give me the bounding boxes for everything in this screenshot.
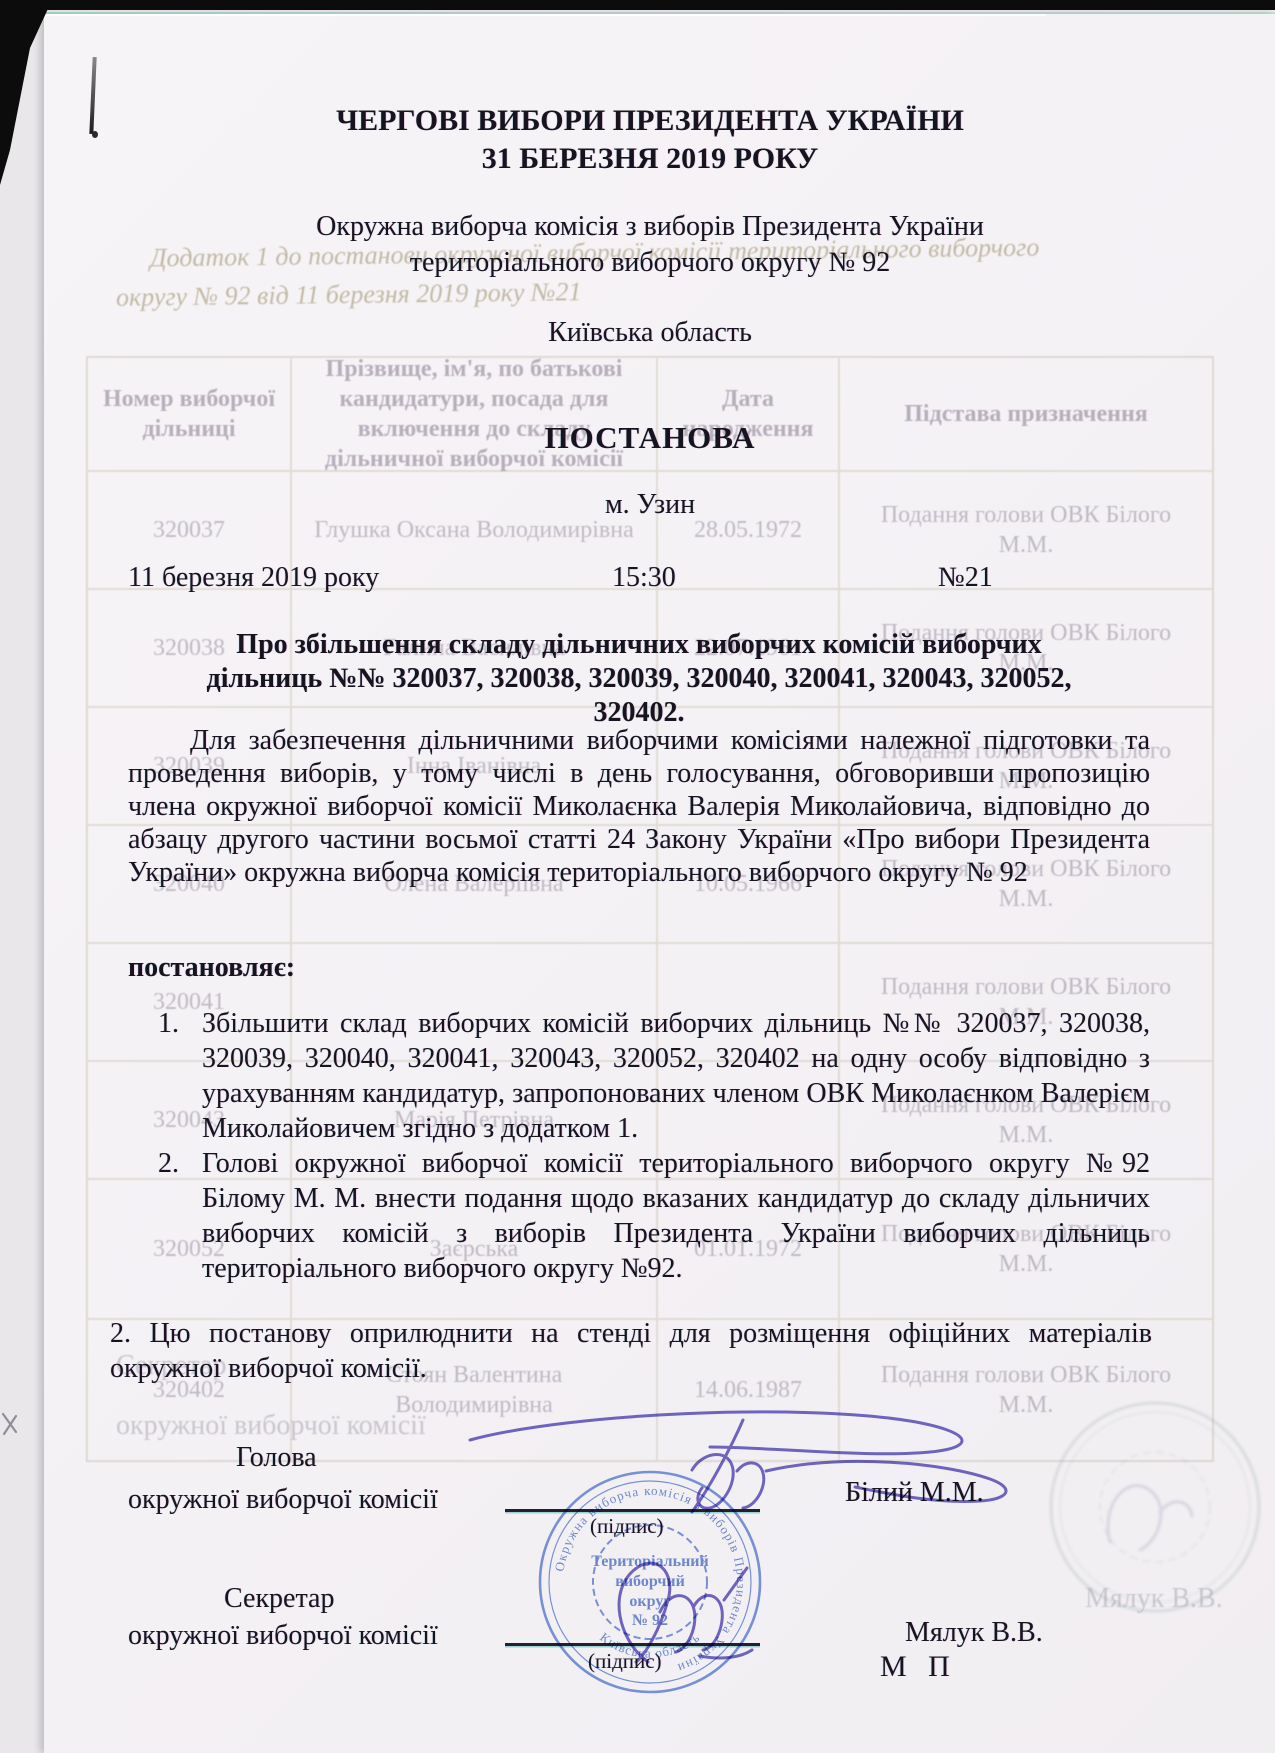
seal-place-mark: М П [880,1650,957,1684]
ghost-annex-caption-line2: округу № 92 від 11 березня 2019 року №21 [116,277,582,313]
document-time: 15:30 [612,562,676,594]
ghost-secretary-role2: окружної виборчої комісії [116,1410,426,1442]
resolution-item-1-number: 1. [158,1006,179,1041]
resolve-word: постановляє: [128,952,295,984]
resolution-item-1-text: Збільшити склад виборчих комісій виборчи… [202,1008,1150,1144]
secretary-role-line2: окружної виборчої комісії [128,1620,438,1652]
ghost-stamp [1040,1392,1270,1622]
resolution-item-2: 2. Голові окружної виборчої комісії тери… [128,1146,1150,1286]
document-date: 11 березня 2019 року [128,562,379,594]
stray-pen-mark [0,1408,22,1442]
head-role-line2: окружної виборчої комісії [128,1484,438,1516]
commission-name-line1: Окружна виборча комісія з виборів Презид… [120,211,1180,243]
staple-hole [92,131,98,138]
ghost-table: Номер виборчої дільниціПрізвище, ім'я, п… [86,356,1214,1462]
secretary-role-line1: Секретар [224,1583,334,1615]
document-number: №21 [938,562,993,594]
publish-clause: 2. Цю постанову оприлюднити на стенді дл… [110,1316,1152,1386]
scanned-document: Додаток 1 до постанови окружної виборчої… [0,0,1275,1753]
document-title-line2: 31 БЕРЕЗНЯ 2019 РОКУ [120,142,1180,176]
resolution-list: 1. Збільшити склад виборчих комісій вибо… [128,1006,1150,1286]
subject-heading-line2: дільниць №№ 320037, 320038, 320039, 3200… [128,662,1150,696]
commission-name-line2: територіального виборчого округу № 92 [120,247,1180,279]
paper-edge-highlight [46,14,1046,16]
city-label: м. Узин [120,489,1180,521]
document-title-line1: ЧЕРГОВІ ВИБОРИ ПРЕЗИДЕНТА УКРАЇНИ [120,104,1180,138]
head-signature-caption: (підпис) [590,1514,664,1539]
secretary-signature-caption: (підпис) [588,1649,662,1674]
secretary-name: Мялук В.В. [905,1617,1043,1649]
resolution-item-1: 1. Збільшити склад виборчих комісій вибо… [128,1006,1150,1146]
head-signature-stroke [440,1395,1040,1535]
resolution-item-2-text: Голові окружної виборчої комісії територ… [202,1148,1150,1284]
subject-heading-line1: Про збільшення складу дільничних виборчи… [128,628,1150,662]
region-label: Київська область [120,317,1180,349]
preamble-paragraph: Для забезпечення дільничними виборчими к… [128,724,1150,889]
head-role-line1: Голова [236,1442,317,1474]
resolution-item-2-number: 2. [158,1146,179,1181]
document-type: ПОСТАНОВА [120,420,1180,456]
